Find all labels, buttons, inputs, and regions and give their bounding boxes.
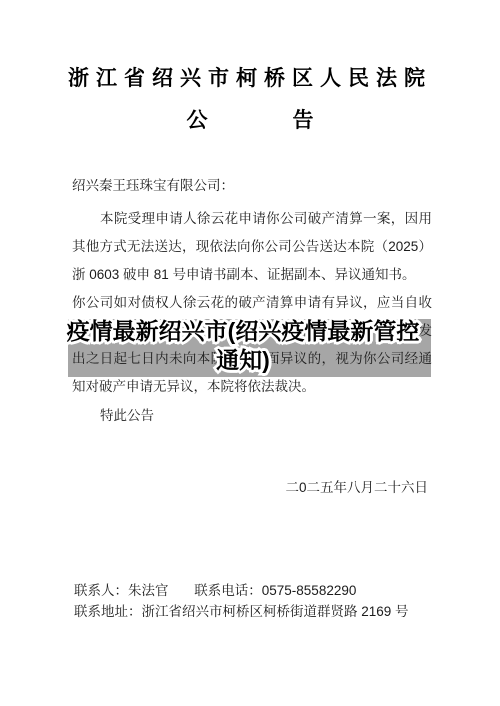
date-line: 二0二五年八月二十六日: [72, 474, 428, 502]
contact-phone: 联系电话：0575-85582290: [194, 583, 356, 598]
body-line: 其他方式无法送达，现依法向你公司公告送达本院（2025）: [72, 233, 432, 261]
addressee-line: 绍兴秦王珏珠宝有限公司：: [72, 172, 432, 200]
body-line: 出之日起七日内未向本院提出书面异议的，视为你公司经通: [72, 345, 432, 373]
notice-title-char-1: 公: [187, 104, 208, 134]
notice-title-char-2: 告: [293, 104, 314, 134]
body-line: 你公司如对债权人徐云花的破产清算申请有异议，应当自收: [72, 289, 432, 317]
contact-person: 联系人：朱法官: [74, 583, 169, 598]
contact-line-1: 联系人：朱法官 联系电话：0575-85582290: [74, 580, 356, 601]
body-line: 知对破产申请无异议，本院将依法裁决。: [72, 373, 432, 401]
body-line: 本院受理申请人徐云花申请你公司破产清算一案，因用: [72, 205, 432, 233]
body-line: 到本公告之日起七日内向本院提出书面异议。自本公告发: [72, 317, 432, 345]
notice-title: 公 告: [0, 104, 500, 134]
contact-address: 联系地址：浙江省绍兴市柯桥区柯桥街道群贤路 2169 号: [74, 601, 409, 622]
court-name-title: 浙江省绍兴市柯桥区人民法院: [0, 62, 500, 92]
closing-line: 特此公告: [72, 402, 432, 430]
body-line: 浙 0603 破申 81 号申请书副本、证据副本、异议通知书。: [72, 261, 432, 289]
court-notice-page: 浙江省绍兴市柯桥区人民法院 公 告 绍兴秦王珏珠宝有限公司： 本院受理申请人徐云…: [0, 0, 500, 706]
